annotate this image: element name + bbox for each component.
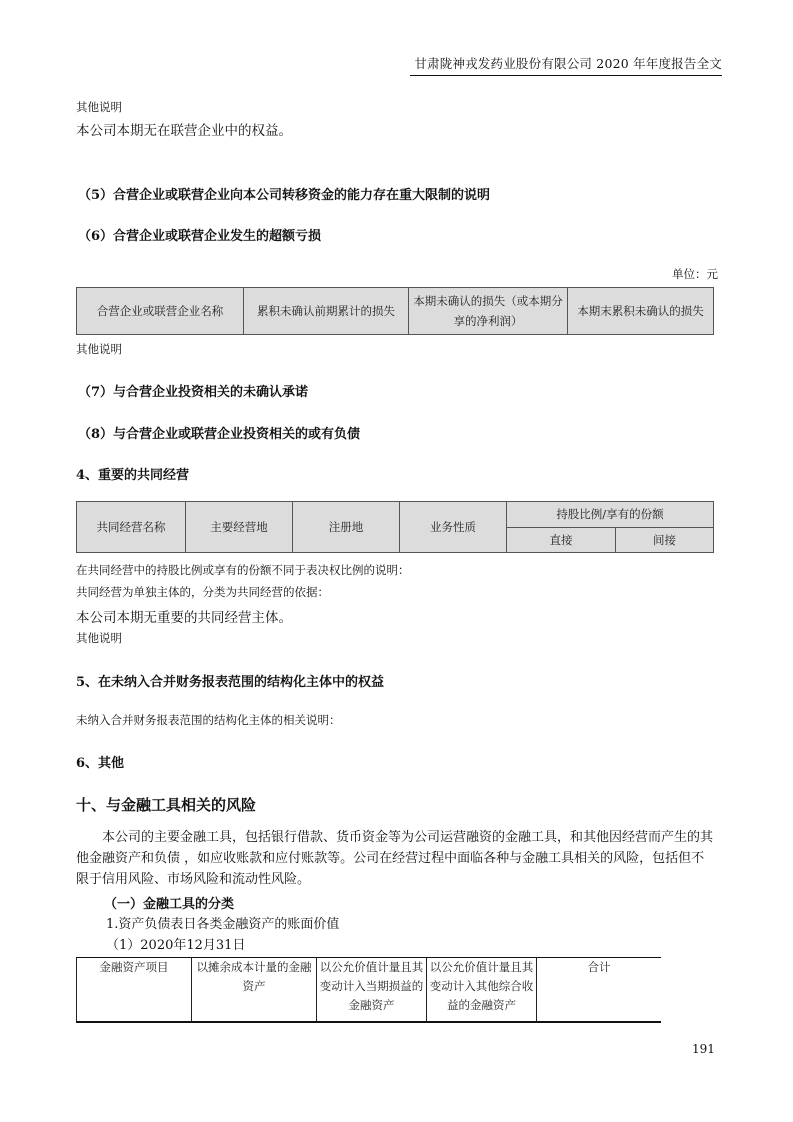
col-current-unrecognized-loss: 本期未确认的损失（或本期分享的净利润）	[409, 288, 568, 335]
ratio-note: 在共同经营中的持股比例或享有的份额不同于表决权比例的说明：	[76, 562, 410, 578]
col-indirect: 间接	[616, 527, 714, 553]
table-header-row: 共同经营名称 主要经营地 注册地 业务性质 持股比例/享有的份额	[77, 502, 714, 528]
classification-sub1: 1.资产负债表日各类金融资产的账面价值	[106, 913, 339, 932]
col-period-end-cumulative-loss: 本期末累积未确认的损失	[568, 288, 714, 335]
col-shareholding-group: 持股比例/享有的份额	[507, 502, 714, 528]
col-asset-item: 金融资产项目	[77, 958, 192, 1023]
table-header-row: 合营企业或联营企业名称 累积未确认前期累计的损失 本期未确认的损失（或本期分享的…	[77, 288, 714, 335]
no-joint-op-text: 本公司本期无重要的共同经营主体。	[76, 606, 292, 626]
section-5-heading: 5、在未纳入合并财务报表范围的结构化主体中的权益	[76, 671, 384, 690]
financial-asset-table: 金融资产项目 以摊余成本计量的金融资产 以公允价值计量且其变动计入当期损益的金融…	[76, 957, 661, 1023]
basis-note: 共同经营为单独主体的，分类为共同经营的依据：	[76, 584, 329, 600]
heading-5: （5）合营企业或联营企业向本公司转移资金的能力存在重大限制的说明	[78, 184, 490, 203]
heading-7: （7）与合营企业投资相关的未确认承诺	[78, 381, 308, 400]
unit-label: 单位：元	[672, 266, 718, 282]
col-cumulative-prior-loss: 累积未确认前期累计的损失	[244, 288, 409, 335]
col-entity-name: 合营企业或联营企业名称	[77, 288, 244, 335]
structured-entity-note: 未纳入合并财务报表范围的结构化主体的相关说明：	[76, 712, 341, 728]
page-number: 191	[692, 1042, 715, 1056]
joint-op-other-note: 其他说明	[76, 630, 122, 646]
heading-8: （8）与合营企业或联营企业投资相关的或有负债	[78, 423, 360, 442]
loss-table-other-note: 其他说明	[76, 341, 122, 357]
col-business-nature: 业务性质	[400, 502, 507, 553]
page-header: 甘肃陇神戎发药业股份有限公司 2020 年年度报告全文	[410, 54, 722, 76]
classification-heading: （一）金融工具的分类	[104, 893, 234, 912]
col-registration: 注册地	[293, 502, 400, 553]
col-total: 合计	[537, 958, 662, 1023]
col-fvtpl: 以公允价值计量且其变动计入当期损益的金融资产	[317, 958, 427, 1023]
classification-date: （1）2020年12月31日	[106, 934, 245, 953]
col-main-location: 主要经营地	[186, 502, 293, 553]
table-header-row: 金融资产项目 以摊余成本计量的金融资产 以公允价值计量且其变动计入当期损益的金融…	[77, 958, 662, 1023]
risk-paragraph: 本公司的主要金融工具，包括银行借款、货币资金等为公司运营融资的金融工具，和其他因…	[76, 827, 716, 890]
chapter-10-heading: 十、与金融工具相关的风险	[76, 794, 256, 815]
joint-operation-table: 共同经营名称 主要经营地 注册地 业务性质 持股比例/享有的份额 直接 间接	[76, 501, 714, 553]
col-joint-op-name: 共同经营名称	[77, 502, 186, 553]
col-amortized-cost: 以摊余成本计量的金融资产	[192, 958, 317, 1023]
other-note-label: 其他说明	[76, 99, 122, 115]
col-direct: 直接	[507, 527, 616, 553]
col-fvoci: 以公允价值计量且其变动计入其他综合收益的金融资产	[427, 958, 537, 1023]
section-6-heading: 6、其他	[76, 752, 124, 771]
no-associate-text: 本公司本期无在联营企业中的权益。	[76, 119, 292, 139]
section-4-heading: 4、重要的共同经营	[76, 464, 189, 483]
excess-loss-table: 合营企业或联营企业名称 累积未确认前期累计的损失 本期未确认的损失（或本期分享的…	[76, 287, 714, 335]
heading-6: （6）合营企业或联营企业发生的超额亏损	[78, 225, 321, 244]
